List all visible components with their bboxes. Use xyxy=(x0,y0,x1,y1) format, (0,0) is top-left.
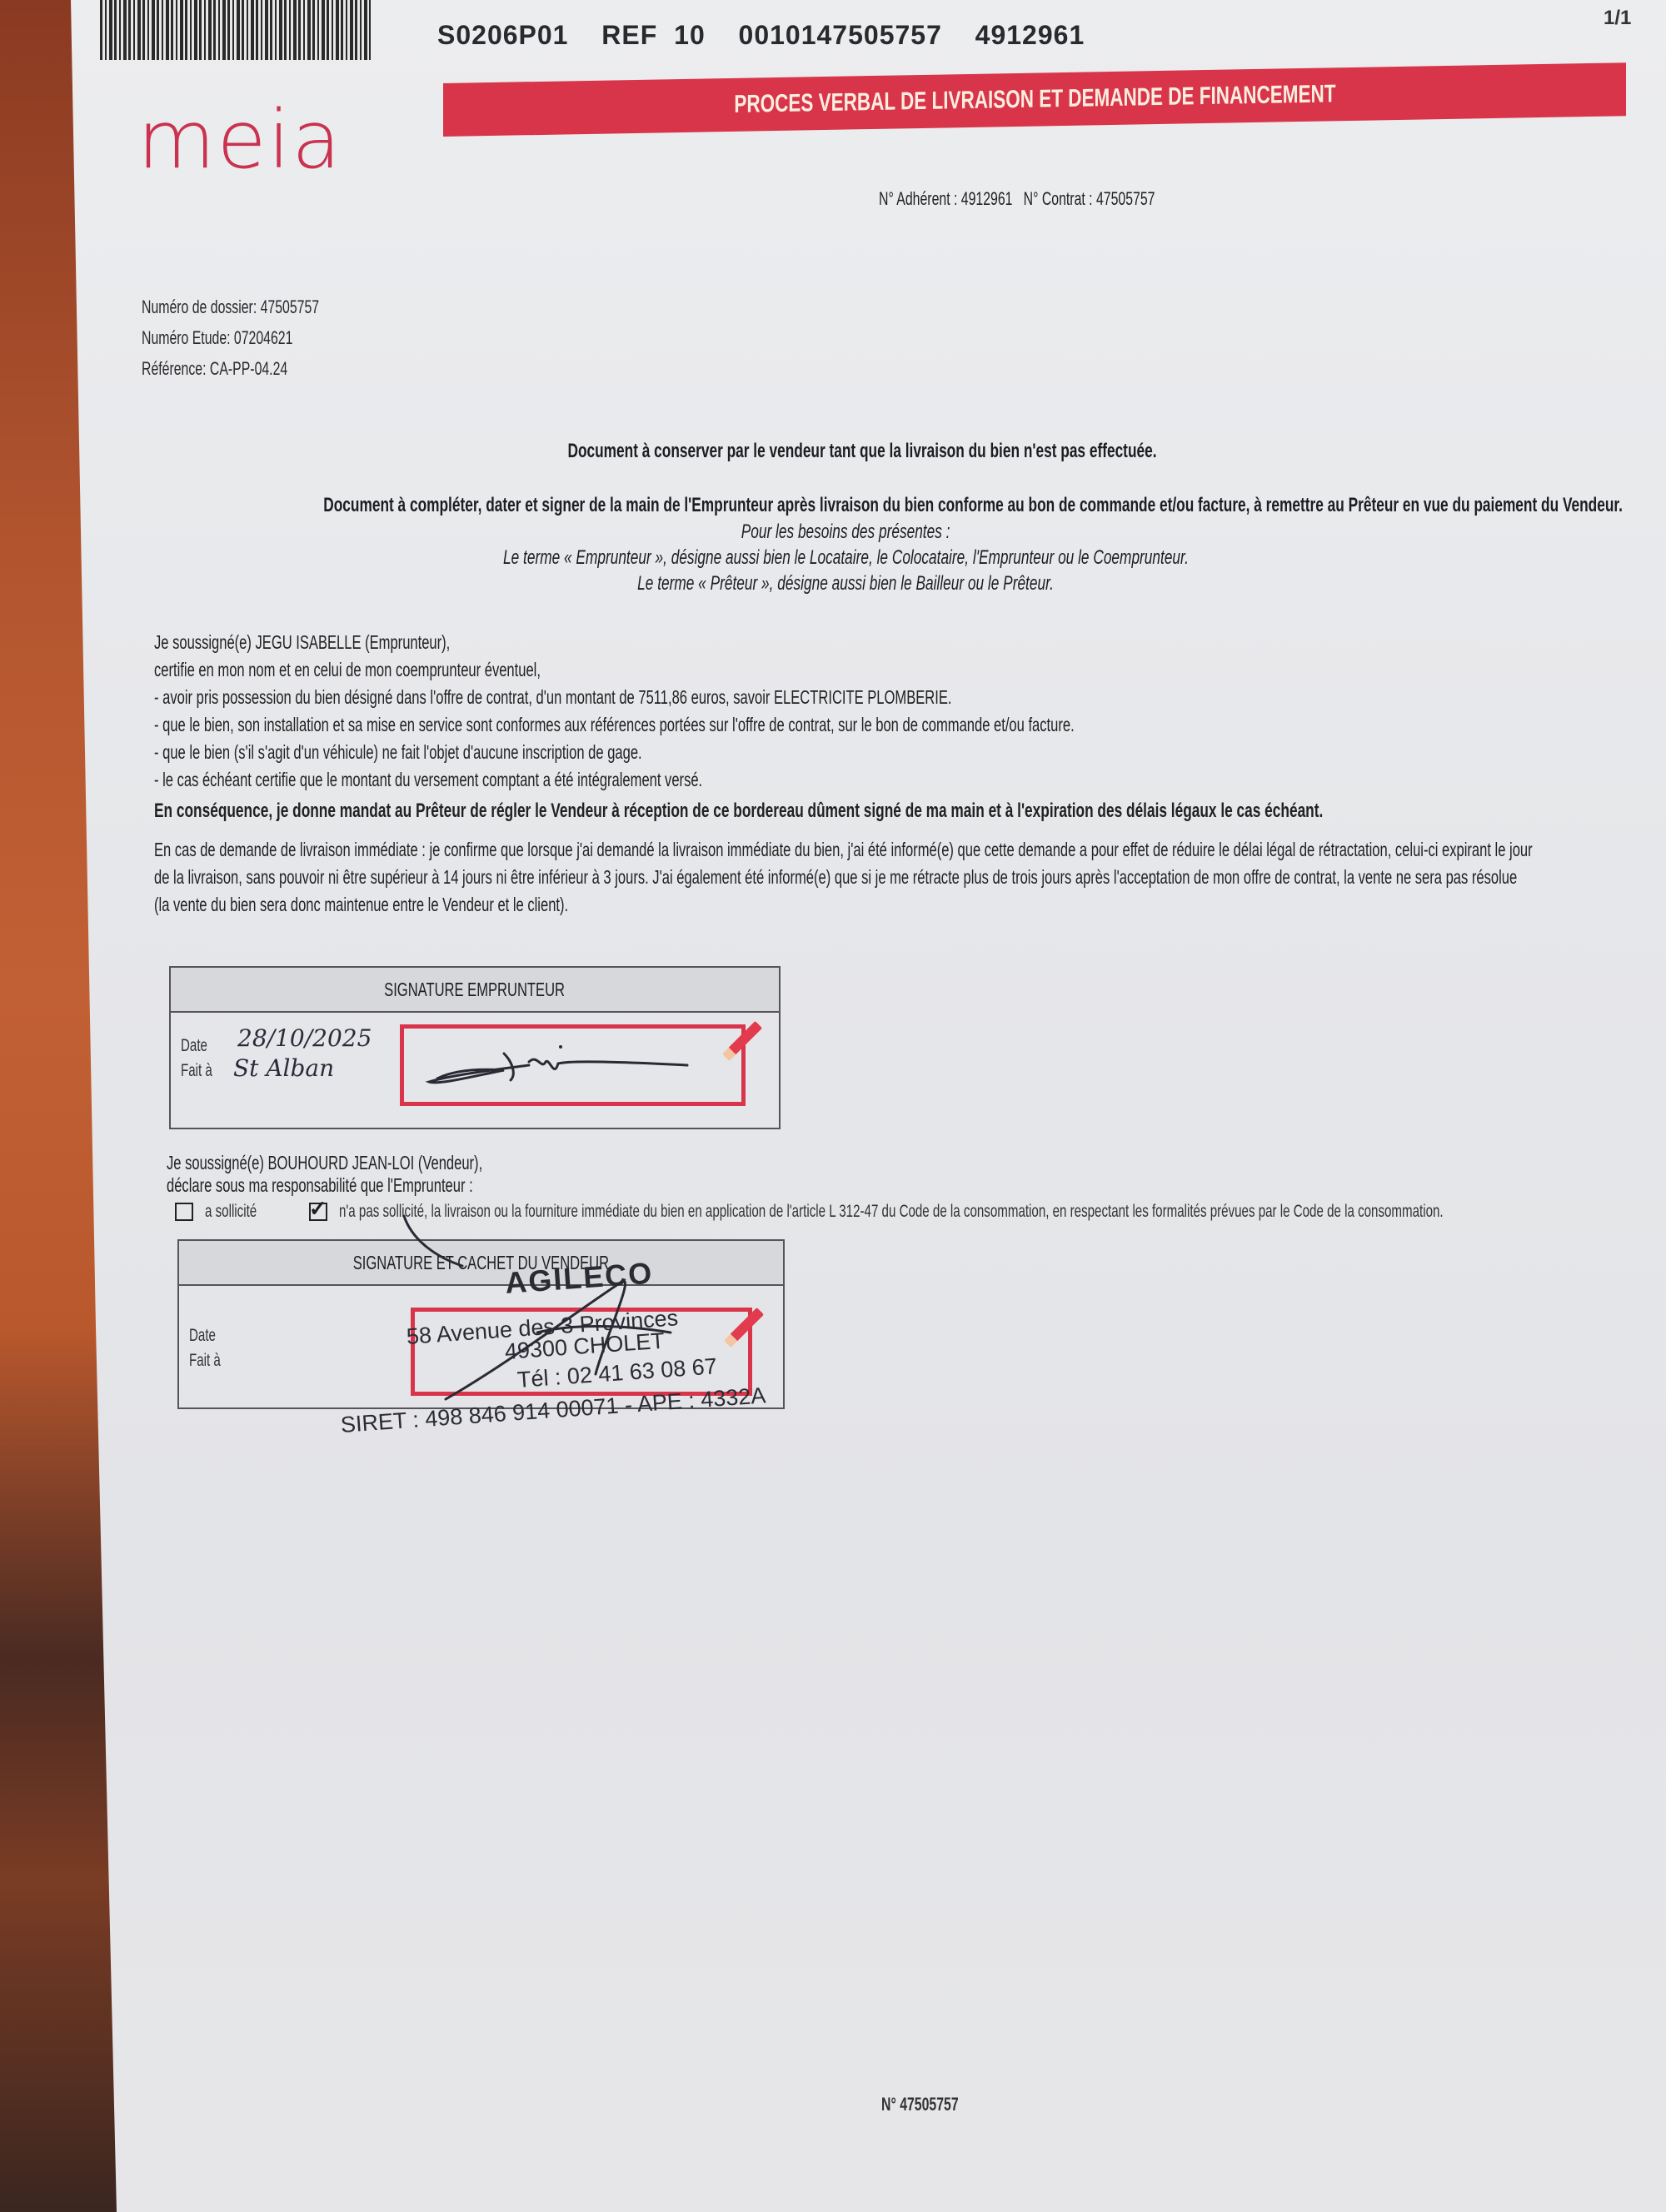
declaration-line: - que le bien (s'il s'agit d'un véhicule… xyxy=(154,739,1666,766)
barcode xyxy=(100,0,371,60)
handwritten-signature xyxy=(404,1029,737,1102)
document-page: S0206P01 REF 10 0010147505757 4912961 1/… xyxy=(71,0,1666,2212)
document-number: N° 47505757 xyxy=(881,2094,959,2115)
declaration-line: - le cas échéant certifie que le montant… xyxy=(154,766,1666,794)
reference: Référence: CA-PP-04.24 xyxy=(142,353,319,384)
title-banner: PROCES VERBAL DE LIVRAISON ET DEMANDE DE… xyxy=(443,62,1626,137)
livraison-immediate-line: de la livraison, sans pouvoir ni être su… xyxy=(154,864,1666,891)
livraison-immediate-line: En cas de demande de livraison immédiate… xyxy=(154,836,1666,864)
notice-terme-preteur: Le terme « Prêteur », désigne aussi bien… xyxy=(71,572,1620,595)
notice-terme-emprunteur: Le terme « Emprunteur », désigne aussi b… xyxy=(71,546,1620,570)
lieu-value[interactable]: St Alban xyxy=(233,1054,334,1082)
mandat-text: En conséquence, je donne mandat au Prête… xyxy=(154,797,1666,825)
option-a-label: a sollicité xyxy=(205,1202,303,1222)
dossier-block: Numéro de dossier: 47505757 Numéro Etude… xyxy=(142,291,319,384)
notice-completer: Document à compléter, dater et signer de… xyxy=(71,494,1654,517)
signature-field[interactable] xyxy=(400,1024,746,1106)
livraison-immediate-line: (la vente du bien sera donc maintenue en… xyxy=(154,891,1666,919)
date-value[interactable]: 28/10/2025 xyxy=(237,1024,372,1052)
notice-conserver: Document à conserver par le vendeur tant… xyxy=(71,440,1654,463)
option-a-checkbox[interactable] xyxy=(175,1203,193,1221)
adherent-contract-ids: N° Adhérent : 4912961 N° Contrat : 47505… xyxy=(879,188,1155,210)
vendeur-signature-strokes xyxy=(321,1191,821,1441)
vendeur-date-label: Date xyxy=(189,1326,226,1346)
declaration-line: certifie en mon nom et en celui de mon c… xyxy=(154,656,1666,684)
document-title: PROCES VERBAL DE LIVRAISON ET DEMANDE DE… xyxy=(734,80,1335,119)
page-indicator: 1/1 xyxy=(1604,7,1631,30)
signature-emprunteur-header: SIGNATURE EMPRUNTEUR xyxy=(171,968,779,1013)
declaration-line: Je soussigné(e) JEGU ISABELLE (Emprunteu… xyxy=(154,629,1666,656)
notice-besoins: Pour les besoins des présentes : xyxy=(71,521,1620,544)
lieu-label: Fait à xyxy=(181,1061,225,1081)
declaration-emprunteur: Je soussigné(e) JEGU ISABELLE (Emprunteu… xyxy=(154,629,1666,919)
vendeur-lieu-label: Fait à xyxy=(189,1351,233,1371)
numero-dossier: Numéro de dossier: 47505757 xyxy=(142,291,319,322)
reference-line: S0206P01 REF 10 0010147505757 4912961 xyxy=(437,20,1085,51)
declaration-line: - que le bien, son installation et sa mi… xyxy=(154,711,1666,739)
meia-logo: meia xyxy=(137,93,342,187)
signature-emprunteur-box: SIGNATURE EMPRUNTEUR Date 28/10/2025 Fai… xyxy=(169,966,781,1129)
numero-etude: Numéro Etude: 07204621 xyxy=(142,322,319,353)
date-label: Date xyxy=(181,1036,217,1056)
declaration-line: - avoir pris possession du bien désigné … xyxy=(154,684,1666,711)
